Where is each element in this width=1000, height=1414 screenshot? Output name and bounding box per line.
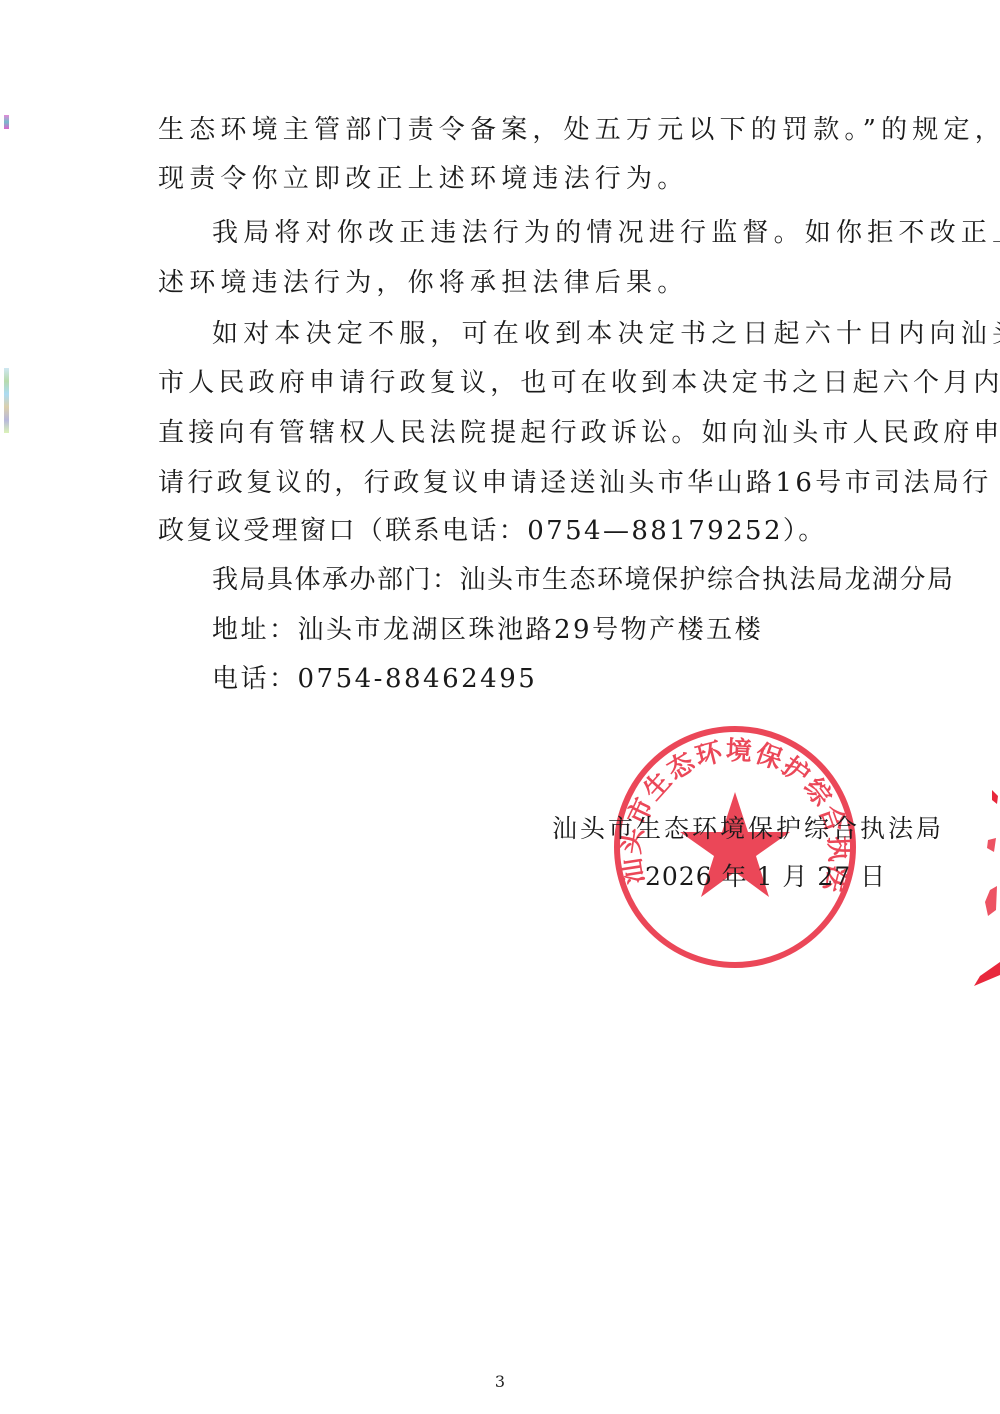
issuer-name: 汕头市生态环境保护综合执法局 — [552, 812, 944, 846]
paragraph-line: 政复议受理窗口（联系电话：0754—88179252）。 — [158, 514, 827, 548]
contact-address: 地址：汕头市龙湖区珠池路29号物产楼五楼 — [212, 613, 763, 647]
paragraph-line: 直接向有管辖权人民法院提起行政诉讼。如向汕头市人民政府申 — [158, 416, 1000, 450]
scan-artifact-mark — [4, 115, 9, 129]
paragraph-line: 我局将对你改正违法行为的情况进行监督。如你拒不改正上 — [212, 216, 1000, 250]
contact-department: 我局具体承办部门：汕头市生态环境保护综合执法局龙湖分局 — [212, 563, 955, 597]
issue-date: 2026 年 1 月 27 日 — [645, 860, 886, 894]
contact-phone: 电话：0754-88462495 — [212, 662, 537, 696]
document-page: 生态环境主管部门责令备案，处五万元以下的罚款。”的规定， 现责令你立即改正上述环… — [0, 0, 1000, 1414]
paragraph-line: 述环境违法行为，你将承担法律后果。 — [158, 266, 688, 300]
official-seal: 汕头市生态环境保护综合执法局 — [610, 722, 860, 972]
paragraph-line: 生态环境主管部门责令备案，处五万元以下的罚款。”的规定， — [158, 113, 1000, 147]
paragraph-line: 现责令你立即改正上述环境违法行为。 — [158, 162, 688, 196]
page-number: 3 — [0, 1372, 1000, 1391]
paragraph-line: 市人民政府申请行政复议，也可在收到本决定书之日起六个月内 — [158, 366, 1000, 400]
scan-artifact-mark — [4, 368, 9, 433]
seal-edge-mark — [970, 790, 1000, 990]
paragraph-line: 请行政复议的，行政复议申请迳送汕头市华山路16号市司法局行 — [158, 466, 992, 500]
paragraph-line: 如对本决定不服，可在收到本决定书之日起六十日内向汕头 — [212, 317, 1000, 351]
